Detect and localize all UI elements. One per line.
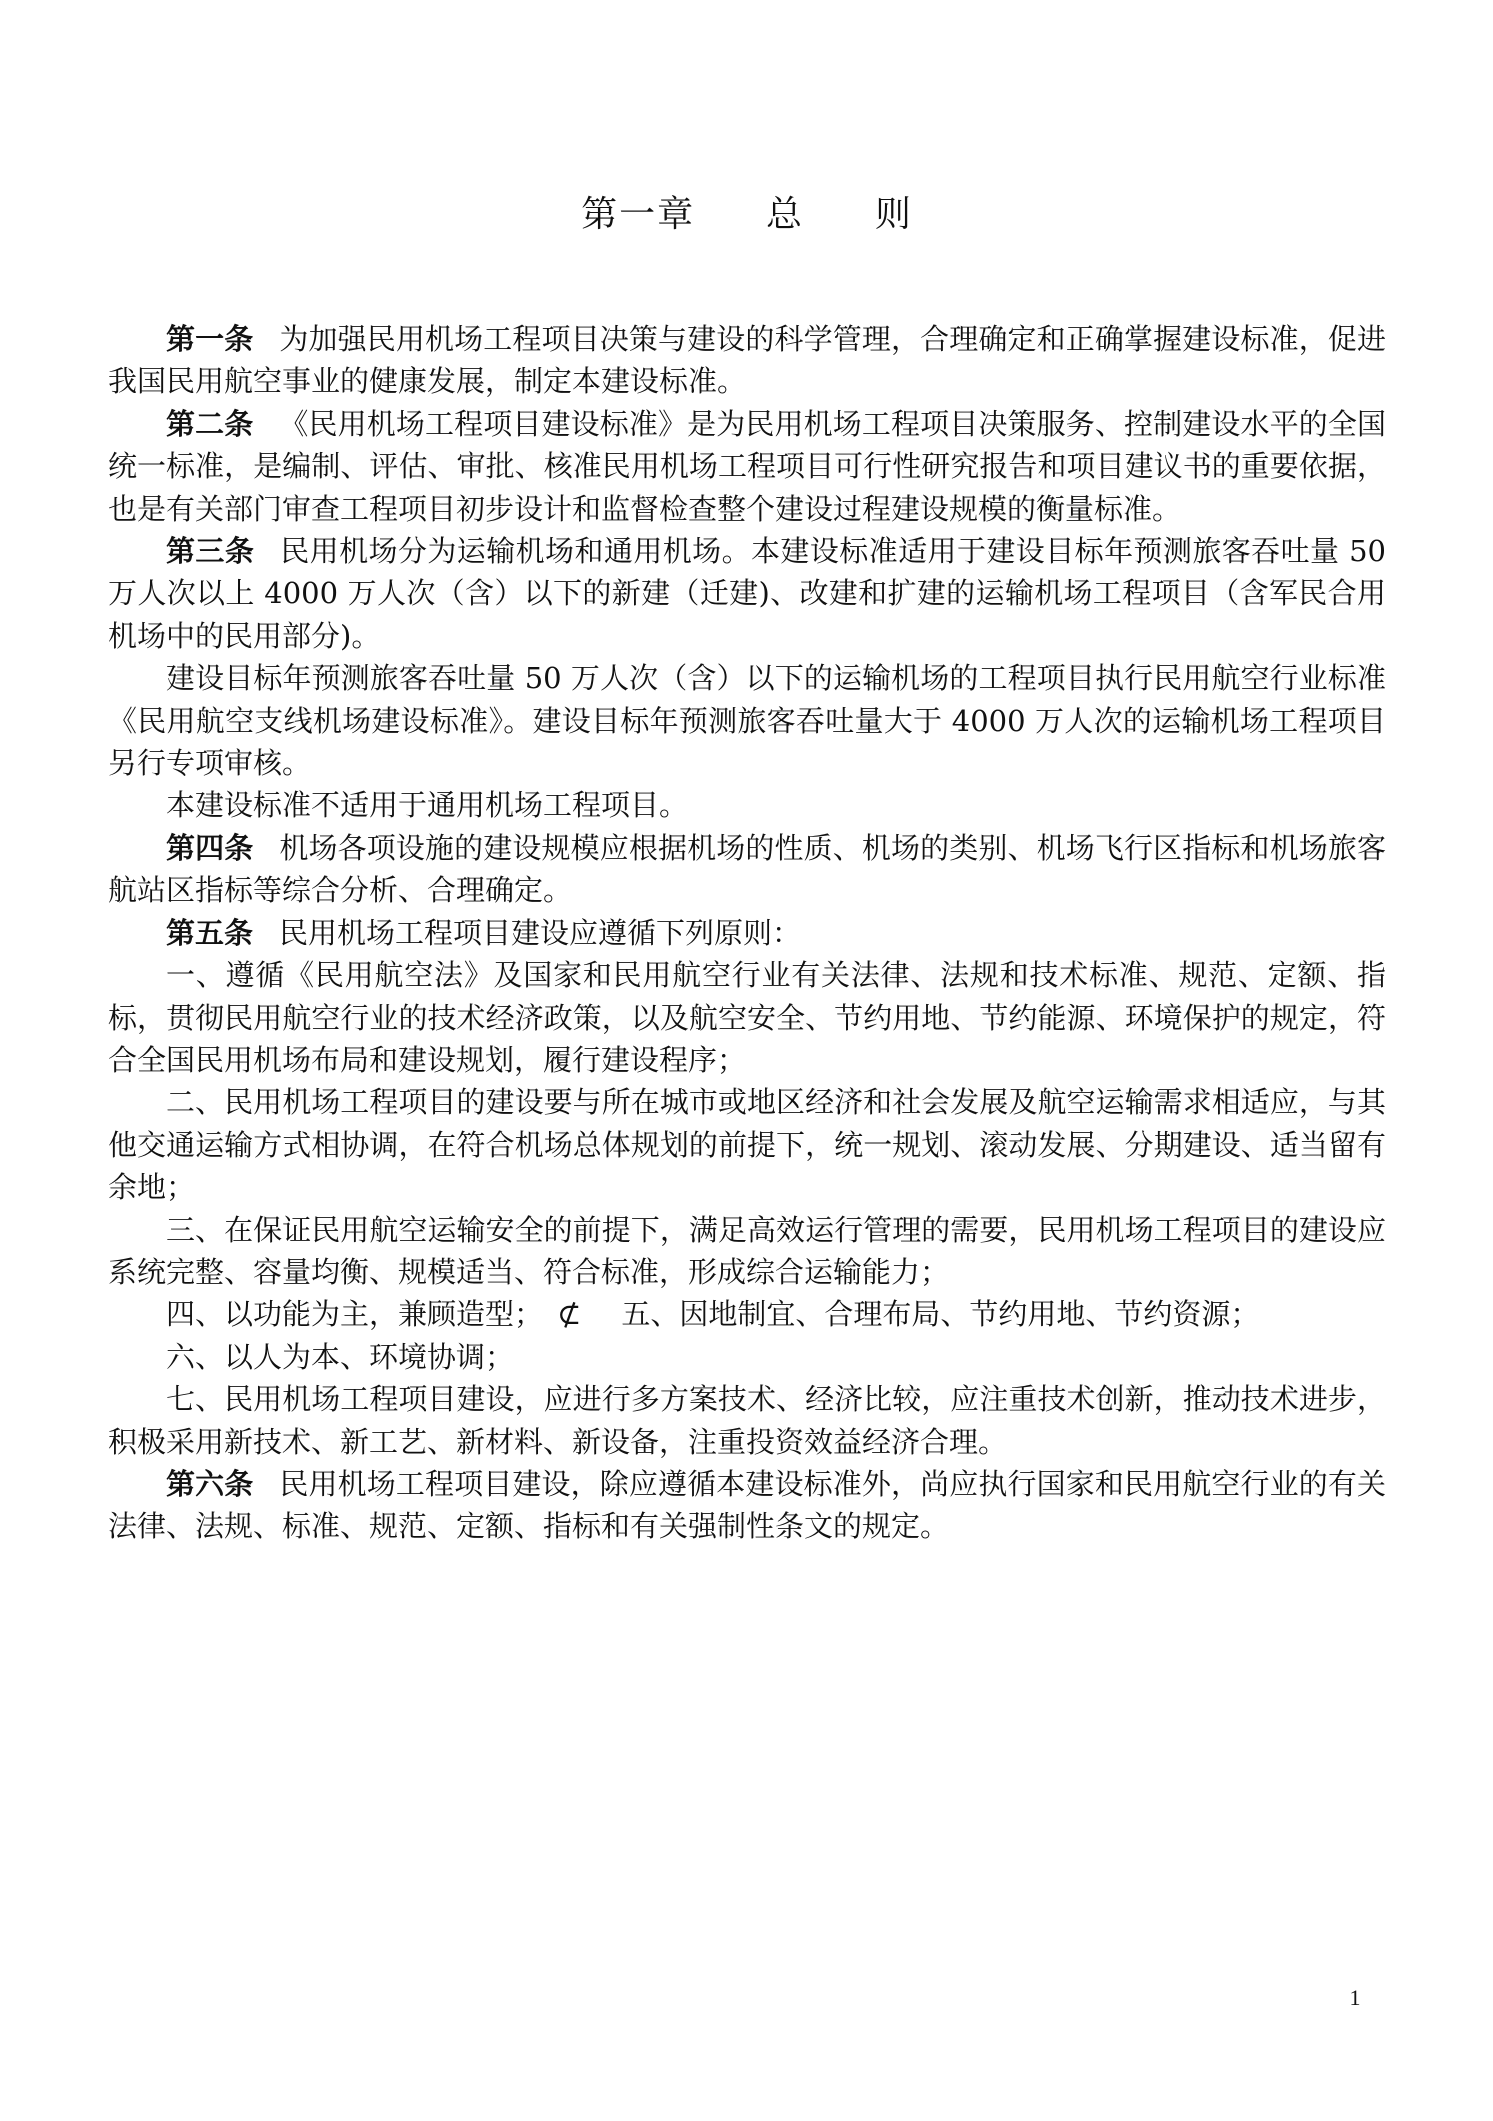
- chapter-title-word-2: 则: [875, 186, 913, 237]
- article-label: 第六条: [166, 1467, 253, 1501]
- article-3: 第三条民用机场分为运输机场和通用机场。本建设标准适用于建设目标年预测旅客吞吐量 …: [108, 530, 1386, 657]
- article-text: 民用机场分为运输机场和通用机场。本建设标准适用于建设目标年预测旅客吞吐量 50 …: [108, 534, 1386, 653]
- article-4: 第四条机场各项设施的建设规模应根据机场的性质、机场的类别、机场飞行区指标和机场旅…: [108, 827, 1386, 912]
- article-6: 第六条民用机场工程项目建设，除应遵循本建设标准外，尚应执行国家和民用航空行业的有…: [108, 1463, 1386, 1548]
- article-2: 第二条《民用机场工程项目建设标准》是为民用机场工程项目决策服务、控制建设水平的全…: [108, 403, 1386, 530]
- article-label: 第一条: [166, 322, 253, 356]
- paragraph-text: 建设目标年预测旅客吞吐量 50 万人次（含）以下的运输机场的工程项目执行民用航空…: [108, 661, 1386, 780]
- chapter-body: 第一条为加强民用机场工程项目决策与建设的科学管理，合理确定和正确掌握建设标准，促…: [108, 318, 1386, 1548]
- page-number: 1: [1340, 1985, 1370, 2011]
- article-3-paragraph-2: 建设目标年预测旅客吞吐量 50 万人次（含）以下的运输机场的工程项目执行民用航空…: [108, 657, 1386, 784]
- article-text: 为加强民用机场工程项目决策与建设的科学管理，合理确定和正确掌握建设标准，促进我国…: [108, 322, 1386, 398]
- principles-4-5: 四、以功能为主，兼顾造型；⊄五、因地制宜、合理布局、节约用地、节约资源；: [108, 1293, 1386, 1335]
- paragraph-text: 本建设标准不适用于通用机场工程项目。: [166, 788, 688, 822]
- principle-3: 三、在保证民用航空运输安全的前提下，满足高效运行管理的需要，民用机场工程项目的建…: [108, 1209, 1386, 1294]
- chapter-number: 第一章: [581, 186, 695, 237]
- article-1: 第一条为加强民用机场工程项目决策与建设的科学管理，合理确定和正确掌握建设标准，促…: [108, 318, 1386, 403]
- principle-4: 四、以功能为主，兼顾造型；: [166, 1297, 543, 1331]
- not-subset-symbol: ⊄: [557, 1297, 581, 1331]
- principle-7: 七、民用机场工程项目建设，应进行多方案技术、经济比较，应注重技术创新，推动技术进…: [108, 1378, 1386, 1463]
- article-label: 第二条: [166, 407, 253, 441]
- chapter-title-word-1: 总: [766, 186, 804, 237]
- article-3-paragraph-3: 本建设标准不适用于通用机场工程项目。: [108, 784, 1386, 826]
- article-text: 民用机场工程项目建设，除应遵循本建设标准外，尚应执行国家和民用航空行业的有关法律…: [108, 1467, 1386, 1543]
- article-label: 第四条: [166, 831, 253, 865]
- article-label: 第三条: [166, 534, 254, 568]
- principle-1: 一、遵循《民用航空法》及国家和民用航空行业有关法律、法规和技术标准、规范、定额、…: [108, 954, 1386, 1081]
- article-text: 《民用机场工程项目建设标准》是为民用机场工程项目决策服务、控制建设水平的全国统一…: [108, 407, 1386, 526]
- principle-5: 五、因地制宜、合理布局、节约用地、节约资源；: [621, 1297, 1259, 1331]
- article-5: 第五条民用机场工程项目建设应遵循下列原则：: [108, 912, 1386, 954]
- principle-2: 二、民用机场工程项目的建设要与所在城市或地区经济和社会发展及航空运输需求相适应，…: [108, 1081, 1386, 1208]
- article-text: 民用机场工程项目建设应遵循下列原则：: [279, 916, 801, 950]
- article-label: 第五条: [166, 916, 253, 950]
- article-text: 机场各项设施的建设规模应根据机场的性质、机场的类别、机场飞行区指标和机场旅客航站…: [108, 831, 1386, 907]
- chapter-title: 第一章 总 则: [108, 186, 1386, 237]
- principle-6: 六、以人为本、环境协调；: [108, 1336, 1386, 1378]
